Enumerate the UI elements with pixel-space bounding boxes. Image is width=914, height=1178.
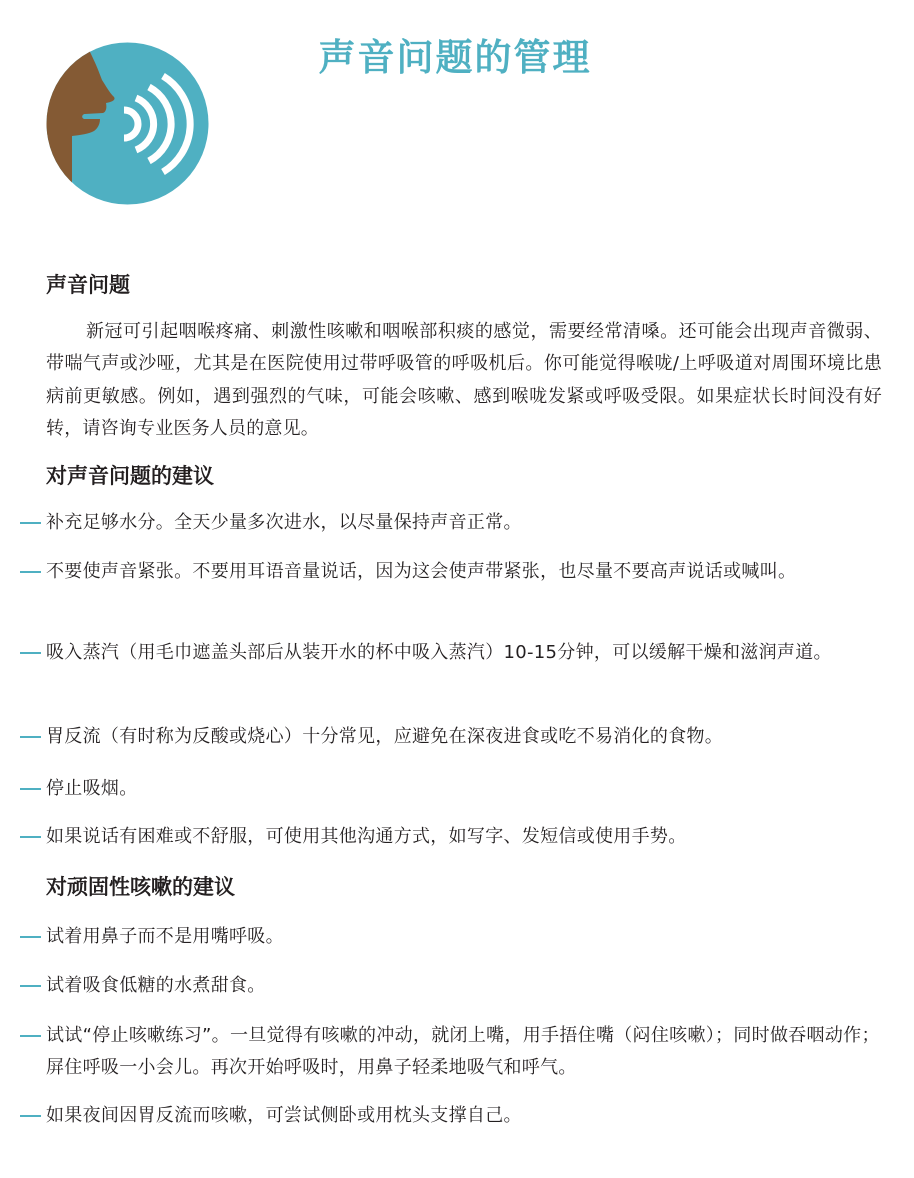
list-item: 停止吸烟。 [20,773,890,805]
list-item-text: 胃反流（有时称为反酸或烧心）十分常见，应避免在深夜进食或吃不易消化的食物。 [46,721,890,753]
list-item: 不要使声音紧张。不要用耳语音量说话，因为这会使声带紧张，也尽量不要高声说话或喊叫… [20,556,890,588]
list-item: 吸入蒸汽（用毛巾遮盖头部后从装开水的杯中吸入蒸汽）10-15分钟，可以缓解干燥和… [20,637,890,669]
section-heading-cough-advice: 对顽固性咳嗽的建议 [46,872,235,902]
list-item: 试试“停止咳嗽练习”。一旦觉得有咳嗽的冲动，就闭上嘴，用手捂住嘴（闷住咳嗽）；同… [20,1020,890,1083]
list-item: 如果夜间因胃反流而咳嗽，可尝试侧卧或用枕头支撑自己。 [20,1100,890,1132]
list-item-text: 试着用鼻子而不是用嘴呼吸。 [46,921,890,953]
dash-bullet-icon [20,1035,41,1037]
dash-bullet-icon [20,836,41,838]
list-item-text: 补充足够水分。全天少量多次进水，以尽量保持声音正常。 [46,507,890,539]
dash-bullet-icon [20,736,41,738]
list-item-text: 试试“停止咳嗽练习”。一旦觉得有咳嗽的冲动，就闭上嘴，用手捂住嘴（闷住咳嗽）；同… [46,1020,890,1083]
list-item-text: 吸入蒸汽（用毛巾遮盖头部后从装开水的杯中吸入蒸汽）10-15分钟，可以缓解干燥和… [46,637,890,669]
section-heading-voice-problems: 声音问题 [46,270,130,300]
list-item-text: 不要使声音紧张。不要用耳语音量说话，因为这会使声带紧张，也尽量不要高声说话或喊叫… [46,556,890,588]
dash-bullet-icon [20,985,41,987]
dash-bullet-icon [20,652,41,654]
list-item-text: 如果说话有困难或不舒服，可使用其他沟通方式，如写字、发短信或使用手势。 [46,821,890,853]
dash-bullet-icon [20,936,41,938]
dash-bullet-icon [20,788,41,790]
voice-problems-paragraph: 新冠可引起咽喉疼痛、刺激性咳嗽和咽喉部积痰的感觉，需要经常清嗓。还可能会出现声音… [46,316,882,445]
dash-bullet-icon [20,522,41,524]
list-item-text: 停止吸烟。 [46,773,890,805]
list-item: 试着吸食低糖的水煮甜食。 [20,970,890,1002]
dash-bullet-icon [20,571,41,573]
list-item-text: 如果夜间因胃反流而咳嗽，可尝试侧卧或用枕头支撑自己。 [46,1100,890,1132]
list-item: 如果说话有困难或不舒服，可使用其他沟通方式，如写字、发短信或使用手势。 [20,821,890,853]
dash-bullet-icon [20,1115,41,1117]
page-title: 声音问题的管理 [0,34,910,82]
list-item: 胃反流（有时称为反酸或烧心）十分常见，应避免在深夜进食或吃不易消化的食物。 [20,721,890,753]
list-item: 补充足够水分。全天少量多次进水，以尽量保持声音正常。 [20,507,890,539]
list-item-text: 试着吸食低糖的水煮甜食。 [46,970,890,1002]
section-heading-voice-advice: 对声音问题的建议 [46,461,214,491]
list-item: 试着用鼻子而不是用嘴呼吸。 [20,921,890,953]
